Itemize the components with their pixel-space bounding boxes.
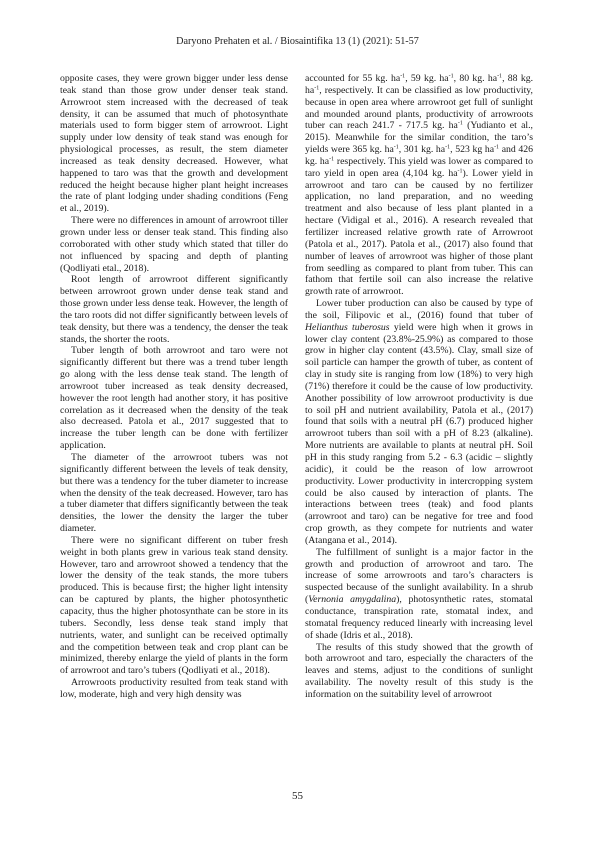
paragraph: Root length of arrowroot different signi… [60,274,288,345]
text-run: , 523 kg ha [450,144,494,155]
species-name: Helianthus tuberosus [305,322,390,333]
text-run: Lower tuber production can also be cause… [305,298,533,321]
running-header: Daryono Prehaten et al. / Biosaintifika … [0,36,595,47]
paragraph: Tuber length of both arrowroot and taro … [60,345,288,452]
paragraph: The fulfillment of sunlight is a major f… [305,547,533,642]
text-run: , 301 kg. ha [399,144,445,155]
paragraph: There were no significant different on t… [60,535,288,677]
paragraph: Lower tuber production can also be cause… [305,298,533,547]
text-run: , 59 kg. ha [405,73,448,84]
text-run: yield were high when it grows in lower c… [305,322,533,546]
right-column: accounted for 55 kg. ha-1, 59 kg. ha-1, … [305,73,533,701]
paragraph: The results of this study showed that th… [305,642,533,701]
paragraph: accounted for 55 kg. ha-1, 59 kg. ha-1, … [305,73,533,298]
paragraph: The diameter of the arrowroot tubers was… [60,452,288,535]
paragraph: opposite cases, they were grown bigger u… [60,73,288,215]
left-column: opposite cases, they were grown bigger u… [60,73,288,701]
species-name: Vernonia amygdalina [308,594,396,605]
paragraph: There were no differences in amount of a… [60,215,288,274]
paragraph: Arrowroots productivity resulted from te… [60,677,288,701]
page-number: 55 [0,790,595,802]
text-run: , 80 kg. ha [454,73,497,84]
text-run: ). Lower yield in arrowroot and taro can… [305,168,533,297]
text-run: accounted for 55 kg. ha [305,73,400,84]
